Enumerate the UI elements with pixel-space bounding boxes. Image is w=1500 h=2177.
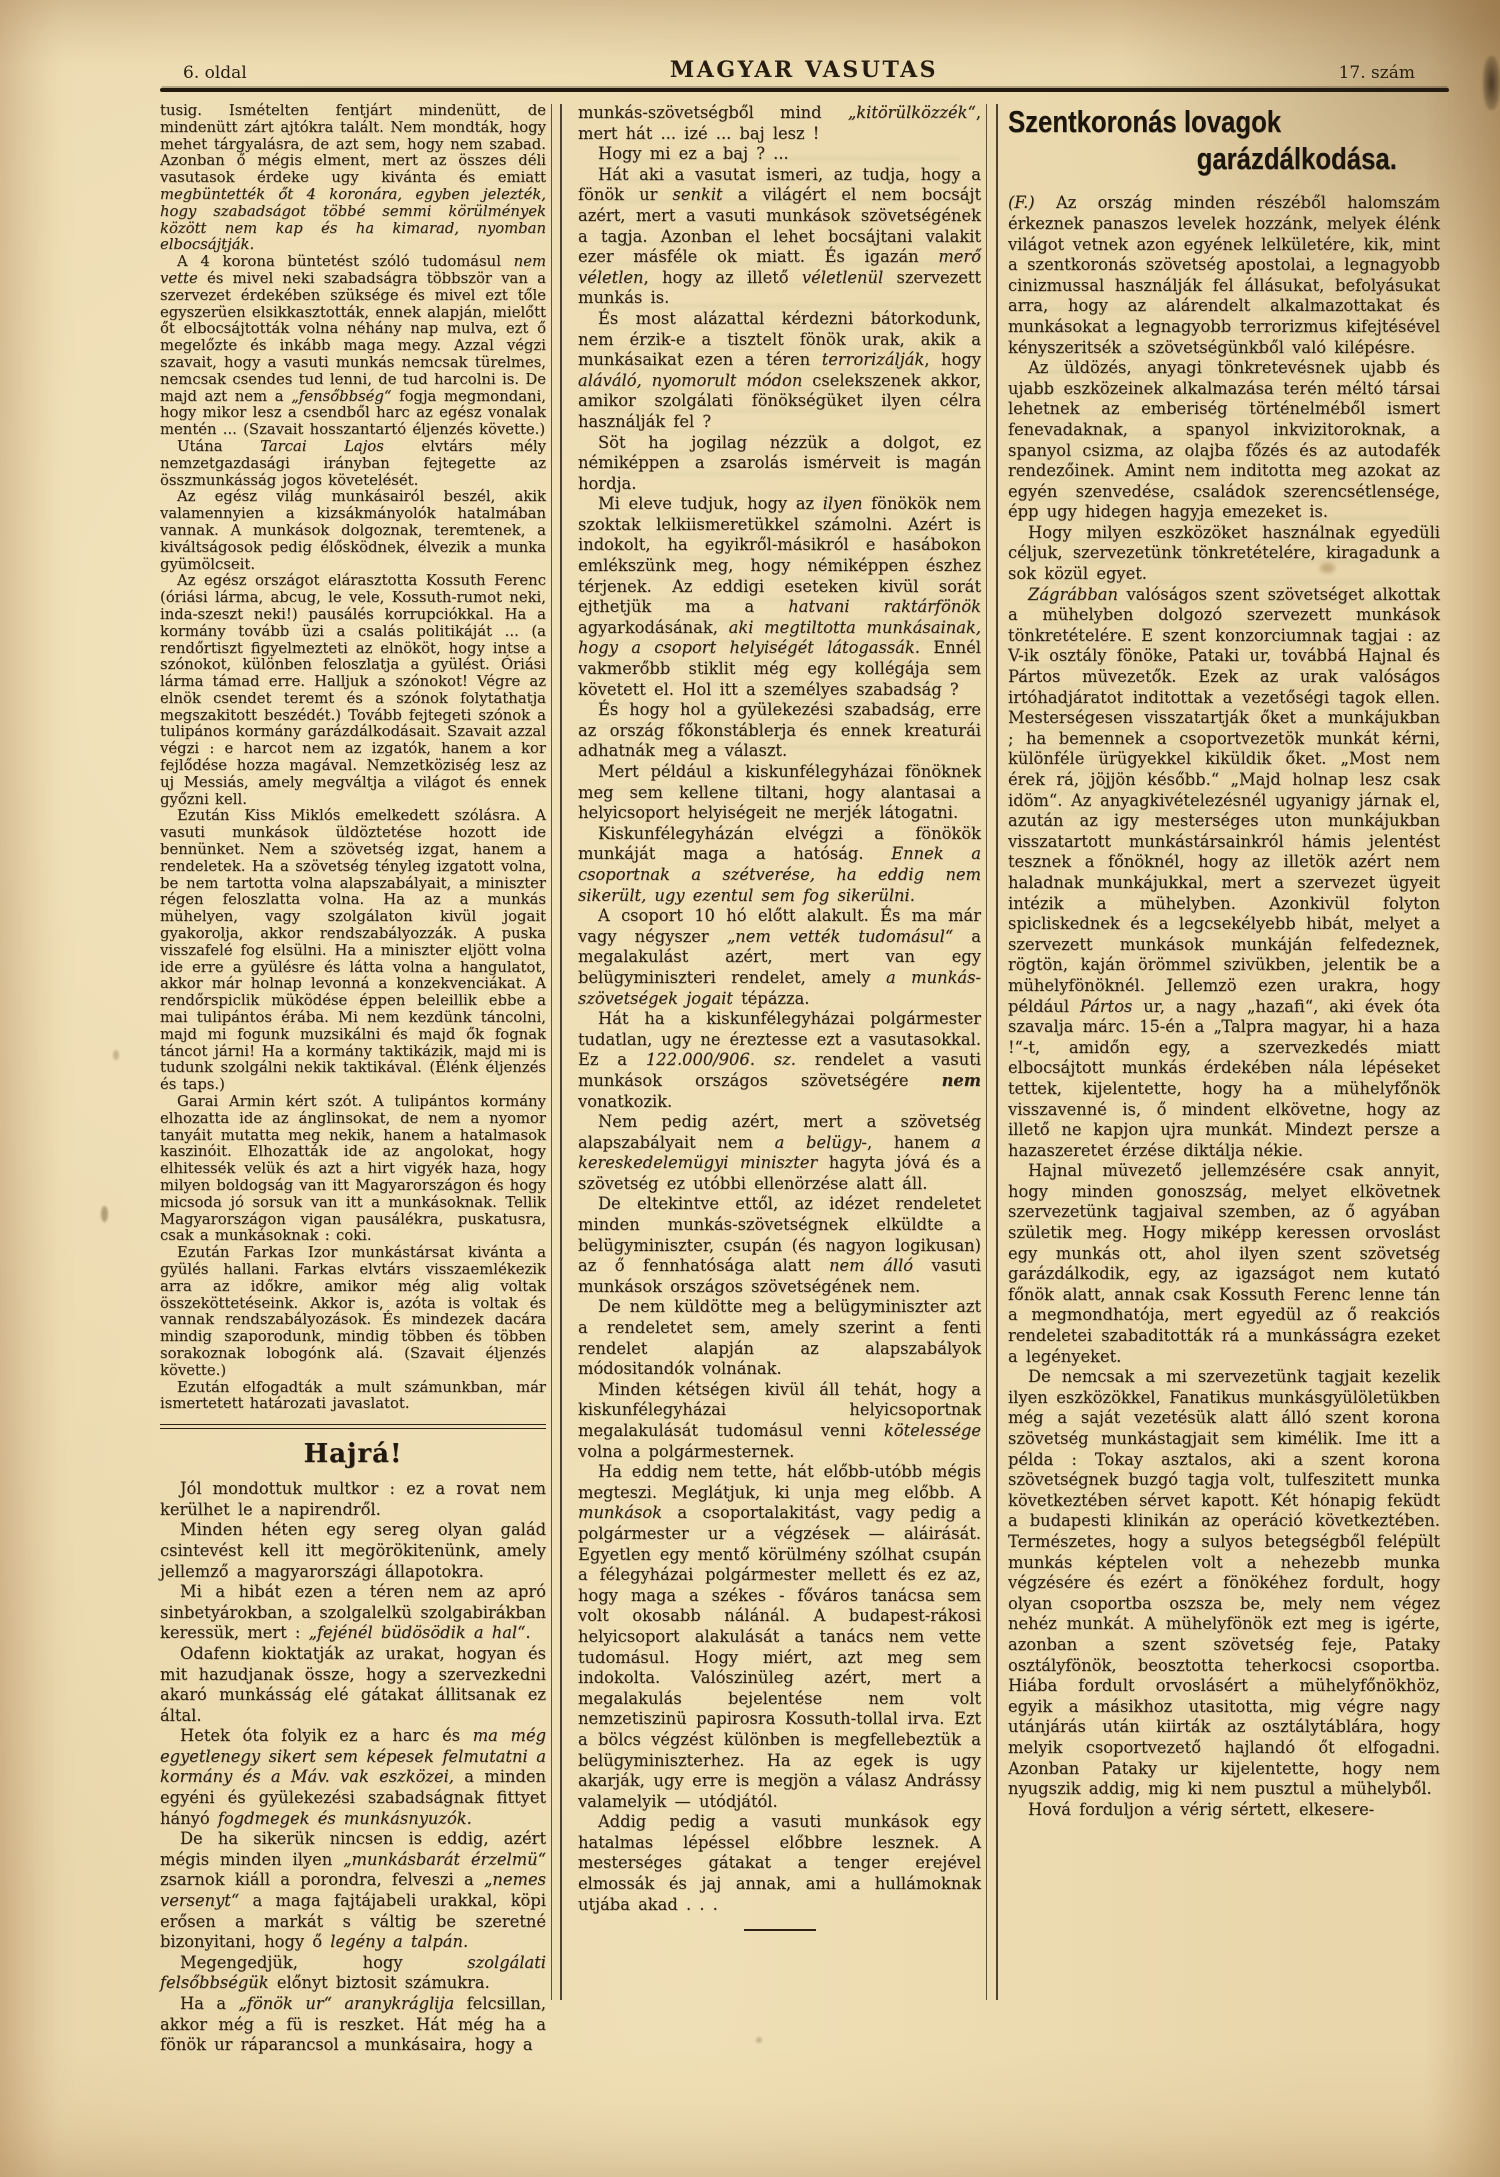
paragraph: Ezután Farkas Izor munkástársat kivánta … (160, 1245, 546, 1379)
paragraph: Az üldözés, anyagi tönkretevésnek ujabb … (1008, 358, 1440, 523)
paragraph: Söt ha jogilag nézzük a dolgot, ez némik… (578, 433, 981, 495)
column-divider (986, 104, 998, 2000)
text-run-italic: legény a talpán. (330, 1932, 468, 1951)
paragraph: Ha eddig nem tette, hát előbb-utóbb mégi… (578, 1462, 981, 1812)
text-run: Hajnal müvezető jellemzésére csak annyit… (1008, 1161, 1440, 1365)
text-run: tusig. Ismételten fentjárt mindenütt, de… (160, 102, 546, 186)
text-run: Az üldözés, anyagi tönkretevésnek ujabb … (1008, 358, 1440, 521)
text-run-italic: terrorizálják (822, 350, 925, 369)
text-run: zsarnok kiáll a porondra, felveszi a (160, 1870, 484, 1889)
text-run: Ezután elfogadták a mult számunkban, már… (160, 1379, 546, 1413)
header-rule (160, 88, 1449, 92)
section-heading: Hajrá! (160, 1439, 546, 1469)
text-run: Az egész világ munkásairól beszél, akik … (160, 488, 546, 572)
paragraph: Az egész világ munkásairól beszél, akik … (160, 489, 546, 573)
paragraph: Hetek óta folyik ez a harc és ma még egy… (160, 1726, 546, 1829)
text-run-italic: hatvani raktárfönök (788, 597, 981, 616)
text-run: Mert például a kiskunfélegyházai fönökne… (578, 762, 981, 822)
issue-number: 17. szám (1339, 63, 1415, 83)
text-run: Hogy mi ez a baj ? ... (598, 144, 789, 163)
column-3: Szentkoronás lovagokgarázdálkodása.(F.) … (1008, 103, 1440, 1820)
paragraph: Addig pedig a vasuti munkások egy hatalm… (578, 1812, 981, 1915)
text-run: Ha a (180, 1994, 239, 2013)
text-run: tépázza. (733, 989, 810, 1008)
text-run: vonatkozik. (578, 1092, 672, 1111)
paragraph: Odafenn kioktatják az urakat, hogyan és … (160, 1644, 546, 1726)
text-run: Utána (177, 438, 260, 455)
text-run-italic: „fensőbbség“ (291, 388, 391, 405)
article-end-dash (744, 1929, 816, 1931)
text-run: Söt ha jogilag nézzük a dolgot, ez némik… (578, 433, 981, 493)
text-run: Minden héten egy sereg olyan galád csint… (160, 1520, 546, 1580)
text-run-italic: ilyen (823, 494, 863, 513)
text-run: Hová forduljon a vérig sértett, elkesere… (1028, 1800, 1374, 1819)
text-run: Jól mondottuk multkor : ez a rovat nem k… (160, 1479, 546, 1519)
text-run: , hanem (867, 1133, 971, 1152)
text-run-italic: „fejénél büdösödik a hal“. (309, 1623, 531, 1642)
text-run-italic: (F.) (1008, 193, 1035, 212)
paragraph: Garai Armin kért szót. A tulipántos korm… (160, 1094, 546, 1245)
text-run-italic: munkások (578, 1503, 662, 1522)
text-run-italic: „munkásbarát érzelmü“ (343, 1850, 546, 1869)
text-run: munkás-szövetségből mind (578, 103, 848, 122)
text-run: Odafenn kioktatják az urakat, hogyan és … (160, 1644, 546, 1725)
paragraph: És most alázattal kérdezni bátorkodunk, … (578, 309, 981, 433)
text-run: Az egész országot elárasztotta Kossuth F… (160, 572, 546, 807)
paragraph: Nem pedig azért, mert a szövetség alapsz… (578, 1112, 981, 1194)
text-run: Megengedjük, hogy (180, 1953, 467, 1972)
column-1: tusig. Ismételten fentjárt mindenütt, de… (160, 103, 546, 2056)
paragraph: De nemcsak a mi szervezetünk tagjait kez… (1008, 1367, 1440, 1799)
article-heading-line: garázdálkodása. (1081, 140, 1440, 177)
text-run: valóságos szent szövetséget alkottak a m… (1008, 585, 1440, 1016)
paragraph: És hogy hol a gyülekezési szabadság, err… (578, 700, 981, 762)
text-run: Addig pedig a vasuti munkások egy hatalm… (578, 1812, 981, 1913)
text-run: Mi eleve tudjuk, hogy az (598, 494, 823, 513)
paper-stain (1483, 56, 1500, 110)
text-run-italic: nem álló (829, 1256, 913, 1275)
paragraph: Zágrábban valóságos szent szövetséget al… (1008, 585, 1440, 1162)
text-run-italic: „nem vették tudomásul“ (727, 927, 953, 946)
text-run-italic: senkit (673, 185, 723, 204)
paper-stain (101, 1206, 108, 1222)
text-run: A 4 korona büntetést szóló tudomásul (177, 253, 514, 270)
paragraph: Hát ha a kiskunfélegyházai polgármester … (578, 1009, 981, 1112)
paragraph: Hajnal müvezető jellemzésére csak annyit… (1008, 1161, 1440, 1367)
paragraph: Utána Tarcai Lajos elvtárs mély nemzetga… (160, 439, 546, 489)
text-run-italic: 122.000/906. sz. (646, 1050, 796, 1069)
text-run-italic: fogdmegek és munkásnyuzók. (218, 1809, 472, 1828)
paragraph: Hát aki a vasutat ismeri, az tudja, hogy… (578, 165, 981, 309)
paragraph: Ezután elfogadták a mult számunkban, már… (160, 1380, 546, 1414)
masthead-title: MAGYAR VASUTAS (160, 57, 1448, 83)
text-run: Ezután Farkas Izor munkástársat kivánta … (160, 1244, 546, 1379)
text-run: , hogy az illető (644, 268, 802, 287)
paragraph: Megengedjük, hogy szolgálati felsőbbségü… (160, 1953, 546, 1994)
paragraph: Mi a hibát ezen a téren nem az apró sinb… (160, 1582, 546, 1644)
section-divider-rule (160, 1424, 546, 1429)
paragraph: Ezután Kiss Miklós emelkedett szólásra. … (160, 808, 546, 1094)
text-run: Hogy milyen eszközöket használnak egyedü… (1008, 523, 1440, 583)
text-run: Ezután Kiss Miklós emelkedett szólásra. … (160, 807, 546, 1093)
paragraph: Minden kétségen kivül áll tehát, hogy a … (578, 1380, 981, 1462)
paragraph: Mert például a kiskunfélegyházai fönökne… (578, 762, 981, 824)
text-run-italic: Pártos (1080, 997, 1132, 1016)
text-run-italic: Tarcai Lajos (260, 438, 384, 455)
column-divider (551, 104, 562, 2000)
text-run: és mivel neki szabadságra többször van a… (160, 270, 546, 405)
text-run: Ha eddig nem tette, hát előbb-utóbb mégi… (578, 1462, 981, 1502)
newspaper-page: 6. oldal MAGYAR VASUTAS 17. szám tusig. … (0, 0, 1500, 2177)
text-run: Hetek óta folyik ez a harc és (180, 1726, 473, 1745)
text-run: Az ország minden részéből halomszám érke… (1008, 193, 1440, 356)
text-run-italic: véletlenül (802, 268, 883, 287)
paragraph: tusig. Ismételten fentjárt mindenütt, de… (160, 103, 546, 254)
text-run: volna a polgármesternek. (578, 1442, 794, 1461)
paragraph: De eltekintve ettől, az idézet rendelete… (578, 1194, 981, 1297)
text-run: ur, a nagy „hazafi“, aki évek óta szaval… (1008, 997, 1440, 1160)
paragraph: Minden héten egy sereg olyan galád csint… (160, 1520, 546, 1582)
paragraph: Hogy mi ez a baj ? ... (578, 144, 981, 165)
text-run-italic: aláváló, nyomorult módon (578, 371, 802, 390)
text-run-italic: kötelessége (884, 1421, 981, 1440)
text-run-italic: megbüntették őt 4 koronára, egyben jelez… (160, 186, 546, 253)
text-run: De nem küldötte meg a belügyminiszter az… (578, 1297, 981, 1378)
paragraph: Hová forduljon a vérig sértett, elkesere… (1008, 1800, 1440, 1821)
paragraph: Ha a „fönök ur“ aranykráglija felcsillan… (160, 1994, 546, 2056)
text-run-bold-italic: nem (942, 1071, 981, 1090)
paragraph: munkás-szövetségből mind „kitörülközzék“… (578, 103, 981, 144)
text-run: agyarkodásának, (578, 618, 729, 637)
paragraph: (F.) Az ország minden részéből halomszám… (1008, 193, 1440, 358)
article-heading: Szentkoronás lovagokgarázdálkodása. (1008, 103, 1440, 177)
paragraph: A 4 korona büntetést szóló tudomásul nem… (160, 254, 546, 439)
text-run: És hogy hol a gyülekezési szabadság, err… (578, 700, 981, 760)
text-run: De nemcsak a mi szervezetünk tagjait kez… (1008, 1367, 1440, 1798)
paper-stain (113, 1050, 119, 1060)
article-heading-line: Szentkoronás lovagok (1008, 103, 1367, 140)
paragraph: Az egész országot elárasztotta Kossuth F… (160, 573, 546, 808)
paragraph: Hogy milyen eszközöket használnak egyedü… (1008, 523, 1440, 585)
paragraph: Mi eleve tudjuk, hogy az ilyen fönökök n… (578, 494, 981, 700)
paragraph: De ha sikerük nincsen is eddig, azért mé… (160, 1829, 546, 1953)
text-run: Garai Armin kért szót. A tulipántos korm… (160, 1093, 546, 1244)
text-run-italic: Zágrábban (1028, 585, 1118, 604)
text-run: , hogy (924, 350, 981, 369)
text-run-italic: „kitörülközzék“ (848, 103, 976, 122)
paper-stain (756, 2037, 762, 2043)
text-run-italic: „fönök ur“ aranykráglija (239, 1994, 455, 2013)
paragraph: De nem küldötte meg a belügyminiszter az… (578, 1297, 981, 1379)
text-run: a csoportalakitást, vagy pedig a polgárm… (578, 1503, 981, 1810)
text-run-italic: a belügy- (775, 1133, 867, 1152)
paragraph: A csoport 10 hó előtt alakult. És ma már… (578, 906, 981, 1009)
paragraph: Jól mondottuk multkor : ez a rovat nem k… (160, 1479, 546, 1520)
text-run: előnyt biztosit számukra. (269, 1973, 490, 1992)
column-2: munkás-szövetségből mind „kitörülközzék“… (578, 103, 981, 1931)
paragraph: Kiskunfélegyházán elvégzi a fönökök munk… (578, 824, 981, 906)
